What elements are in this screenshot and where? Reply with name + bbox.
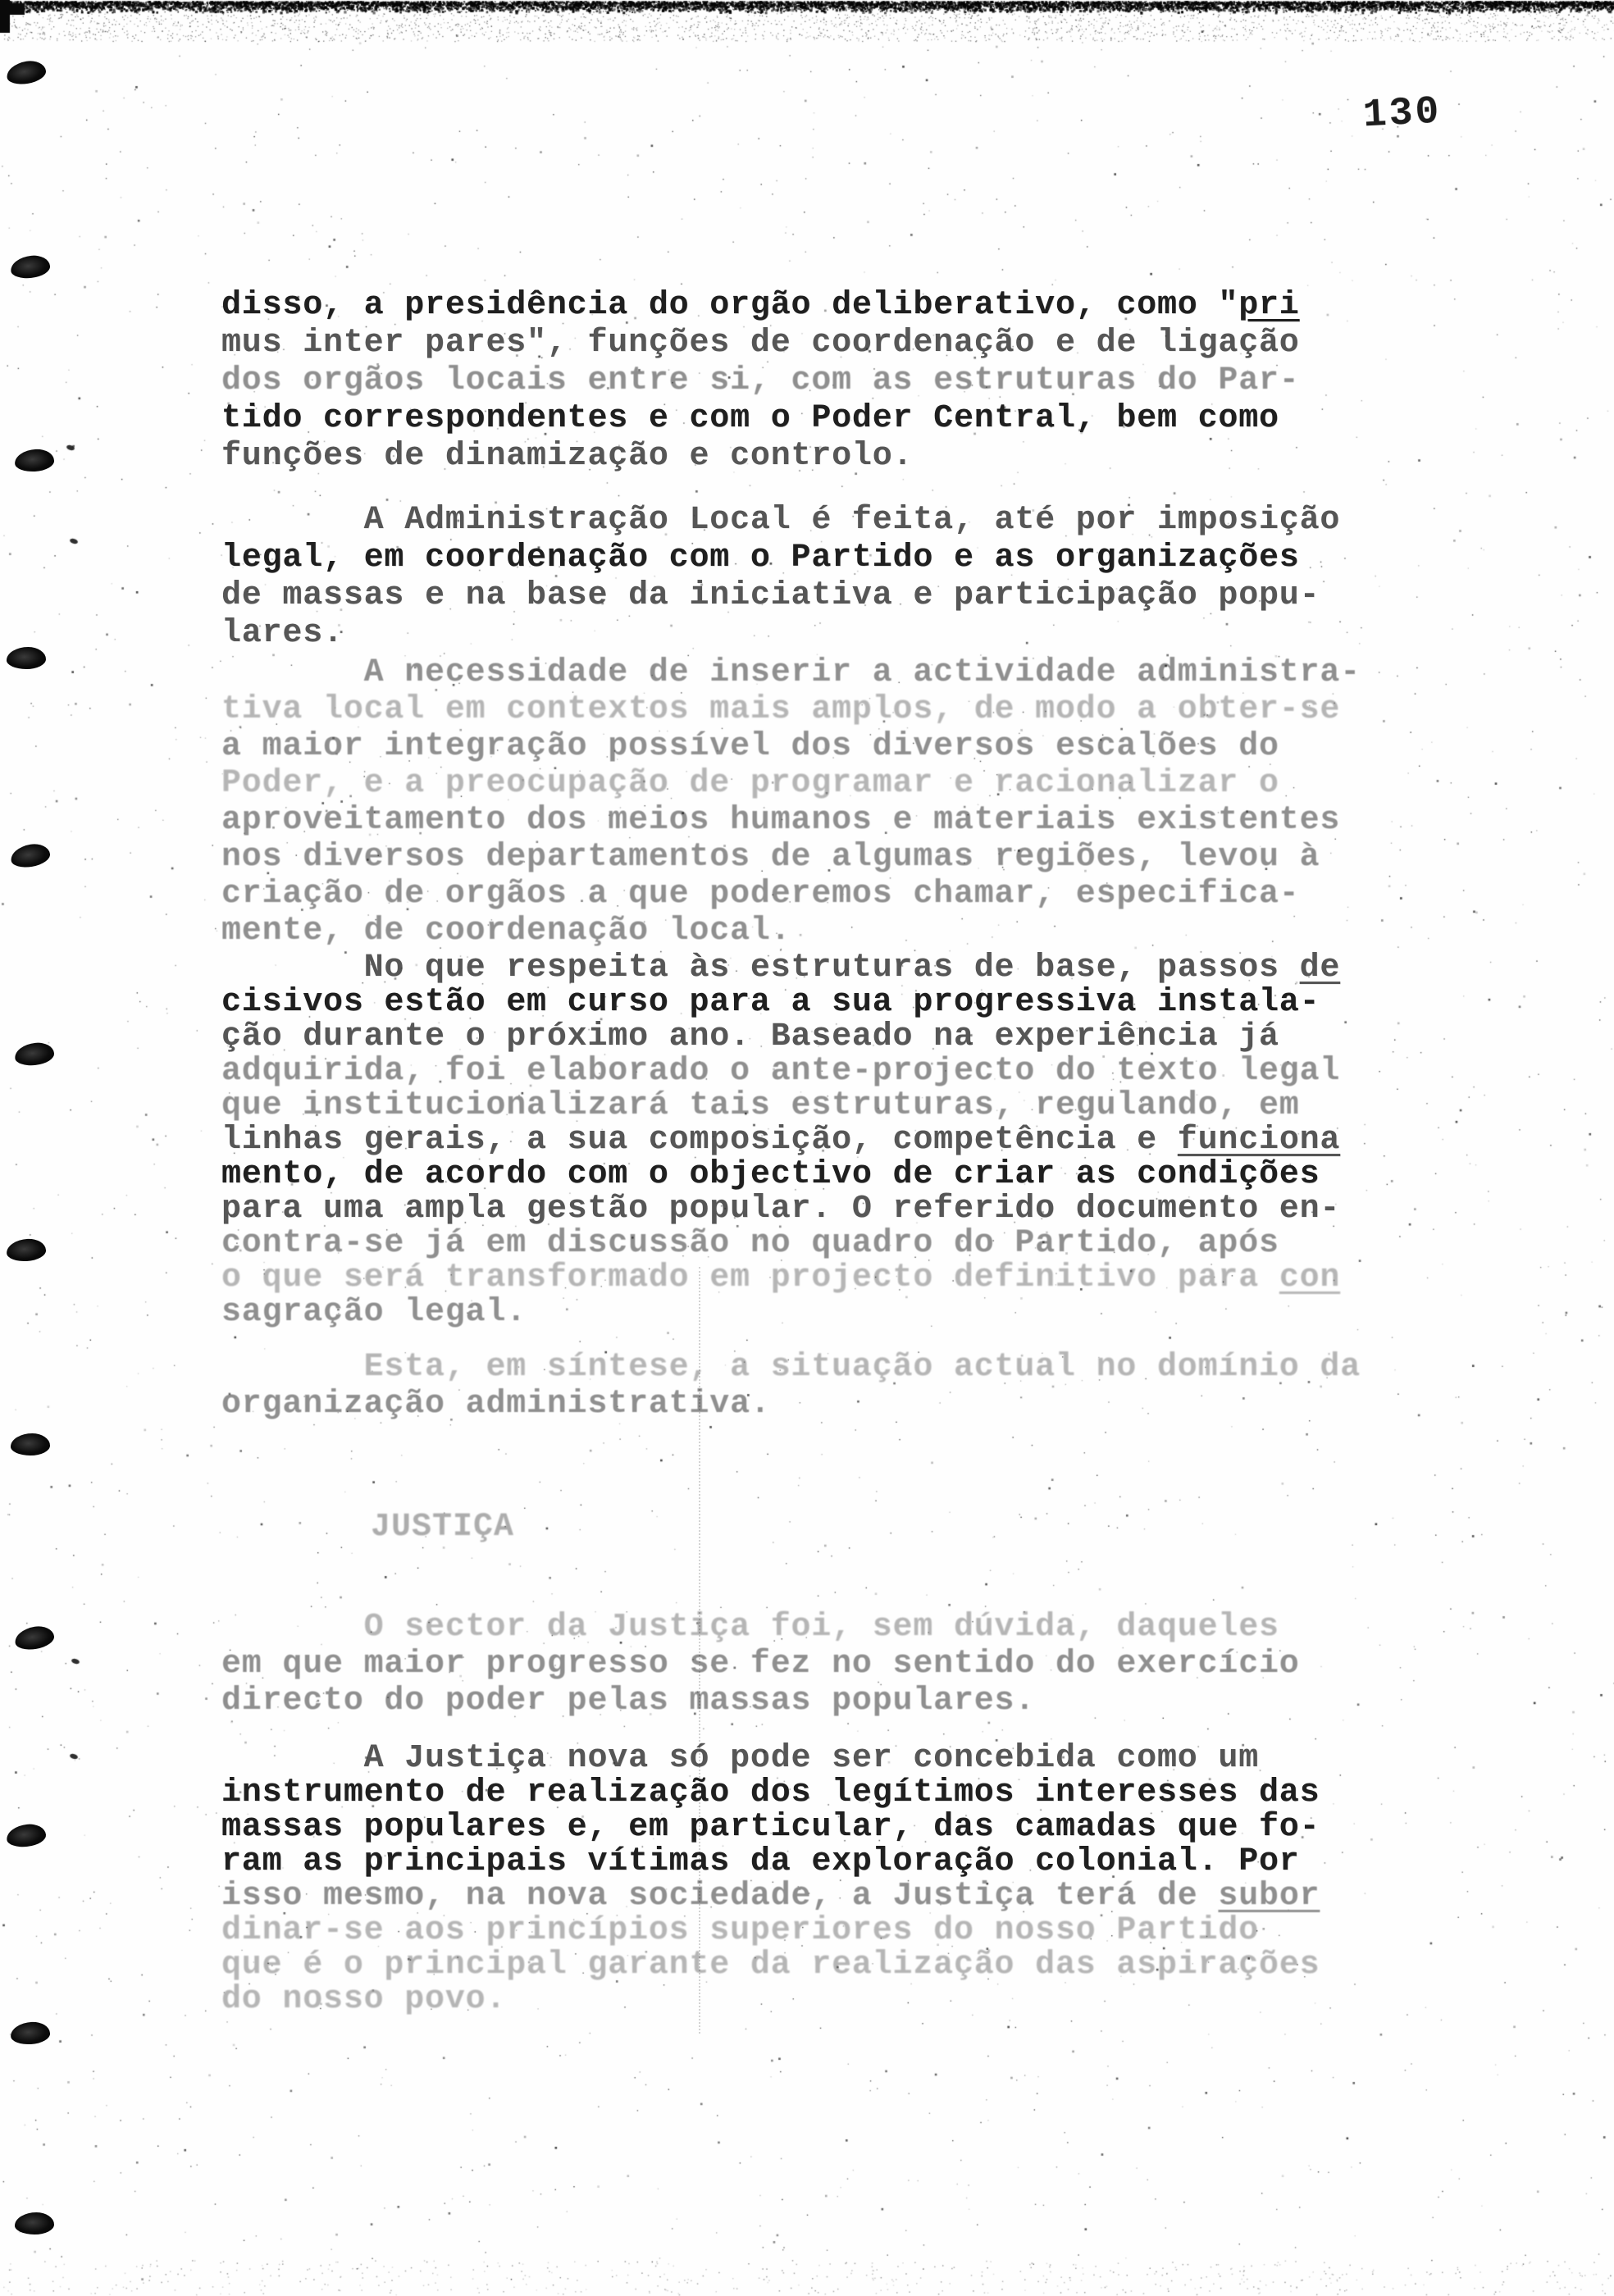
text-line: ção durante o próximo ano. Baseado na ex…: [221, 1020, 1468, 1055]
text-line: criação de orgãos a que poderemos chamar…: [221, 876, 1468, 913]
text-line: aproveitamento dos meios humanos e mater…: [221, 802, 1468, 839]
text-line: nos diversos departamentos de algumas re…: [221, 839, 1468, 876]
text-line: que é o principal garante da realização …: [221, 1948, 1468, 1983]
underlined-fragment: funciona: [1178, 1122, 1340, 1159]
text-line: cisivos estão em curso para a sua progre…: [221, 986, 1468, 1020]
text-line: mente, de coordenação local.: [221, 913, 1468, 950]
text-line: dos orgãos locais entre si, com as estru…: [221, 362, 1468, 400]
text-line: de massas e na base da iniciativa e part…: [221, 577, 1468, 615]
paragraph: No que respeita às estruturas de base, p…: [221, 951, 1468, 1330]
text-line: instrumento de realização dos legítimos …: [221, 1776, 1468, 1811]
text-line: adquirida, foi elaborado o ante-projecto…: [221, 1055, 1468, 1089]
underlined-fragment: pri: [1238, 287, 1299, 324]
section-heading: JUSTIÇA: [371, 1509, 514, 1546]
text-line: ram as principais vítimas da exploração …: [221, 1845, 1468, 1879]
text-line: mus inter pares", funções de coordenação…: [221, 325, 1468, 362]
text-line: linhas gerais, a sua composição, competê…: [221, 1123, 1468, 1158]
text-line: O sector da Justiça foi, sem dúvida, daq…: [221, 1609, 1468, 1646]
text-line: A necessidade de inserir a actividade ad…: [221, 654, 1468, 691]
text-line: funções de dinamização e controlo.: [221, 438, 1468, 476]
underlined-fragment: con: [1279, 1260, 1340, 1296]
text-line: para uma ampla gestão popular. O referid…: [221, 1192, 1468, 1227]
typewritten-text: disso, a presidência do orgão deliberati…: [0, 0, 1614, 2296]
paragraph: A necessidade de inserir a actividade ad…: [221, 654, 1468, 950]
text-line: lares.: [221, 615, 1468, 653]
text-line: massas populares e, em particular, das c…: [221, 1811, 1468, 1845]
underlined-fragment: subor: [1218, 1878, 1320, 1915]
underlined-fragment: de: [1300, 950, 1341, 986]
text-line: disso, a presidência do orgão deliberati…: [221, 287, 1468, 325]
text-line: contra-se já em discussão no quadro do P…: [221, 1227, 1468, 1261]
text-line: tido correspondentes e com o Poder Centr…: [221, 400, 1468, 438]
text-line: isso mesmo, na nova sociedade, a Justiça…: [221, 1879, 1468, 1914]
paragraph: O sector da Justiça foi, sem dúvida, daq…: [221, 1609, 1468, 1720]
paragraph: disso, a presidência do orgão deliberati…: [221, 287, 1468, 476]
text-line: que institucionalizará tais estruturas, …: [221, 1089, 1468, 1123]
text-line: Esta, em síntese, a situação actual no d…: [221, 1349, 1468, 1386]
text-line: directo do poder pelas massas populares.: [221, 1683, 1468, 1720]
scanned-document-page: 130 disso, a presidência do orgão delibe…: [0, 0, 1614, 2296]
text-line: tiva local em contextos mais amplos, de …: [221, 691, 1468, 728]
text-line: do nosso povo.: [221, 1983, 1468, 2017]
text-line: organização administrativa.: [221, 1386, 1468, 1423]
text-line: mento, de acordo com o objectivo de cria…: [221, 1158, 1468, 1192]
text-line: No que respeita às estruturas de base, p…: [221, 951, 1468, 986]
paragraph: A Administração Local é feita, até por i…: [221, 502, 1468, 653]
text-line: a maior integração possível dos diversos…: [221, 728, 1468, 765]
text-line: o que será transformado em projecto defi…: [221, 1261, 1468, 1296]
paragraph: Esta, em síntese, a situação actual no d…: [221, 1349, 1468, 1423]
text-line: legal, em coordenação com o Partido e as…: [221, 540, 1468, 577]
text-line: em que maior progresso se fez no sentido…: [221, 1646, 1468, 1683]
paragraph: A Justiça nova só pode ser concebida com…: [221, 1742, 1468, 2017]
text-line: sagração legal.: [221, 1296, 1468, 1330]
text-line: Poder, e a preocupação de programar e ra…: [221, 765, 1468, 802]
text-line: A Administração Local é feita, até por i…: [221, 502, 1468, 540]
text-line: dinar-se aos princípios superiores do no…: [221, 1914, 1468, 1948]
text-line: A Justiça nova só pode ser concebida com…: [221, 1742, 1468, 1776]
